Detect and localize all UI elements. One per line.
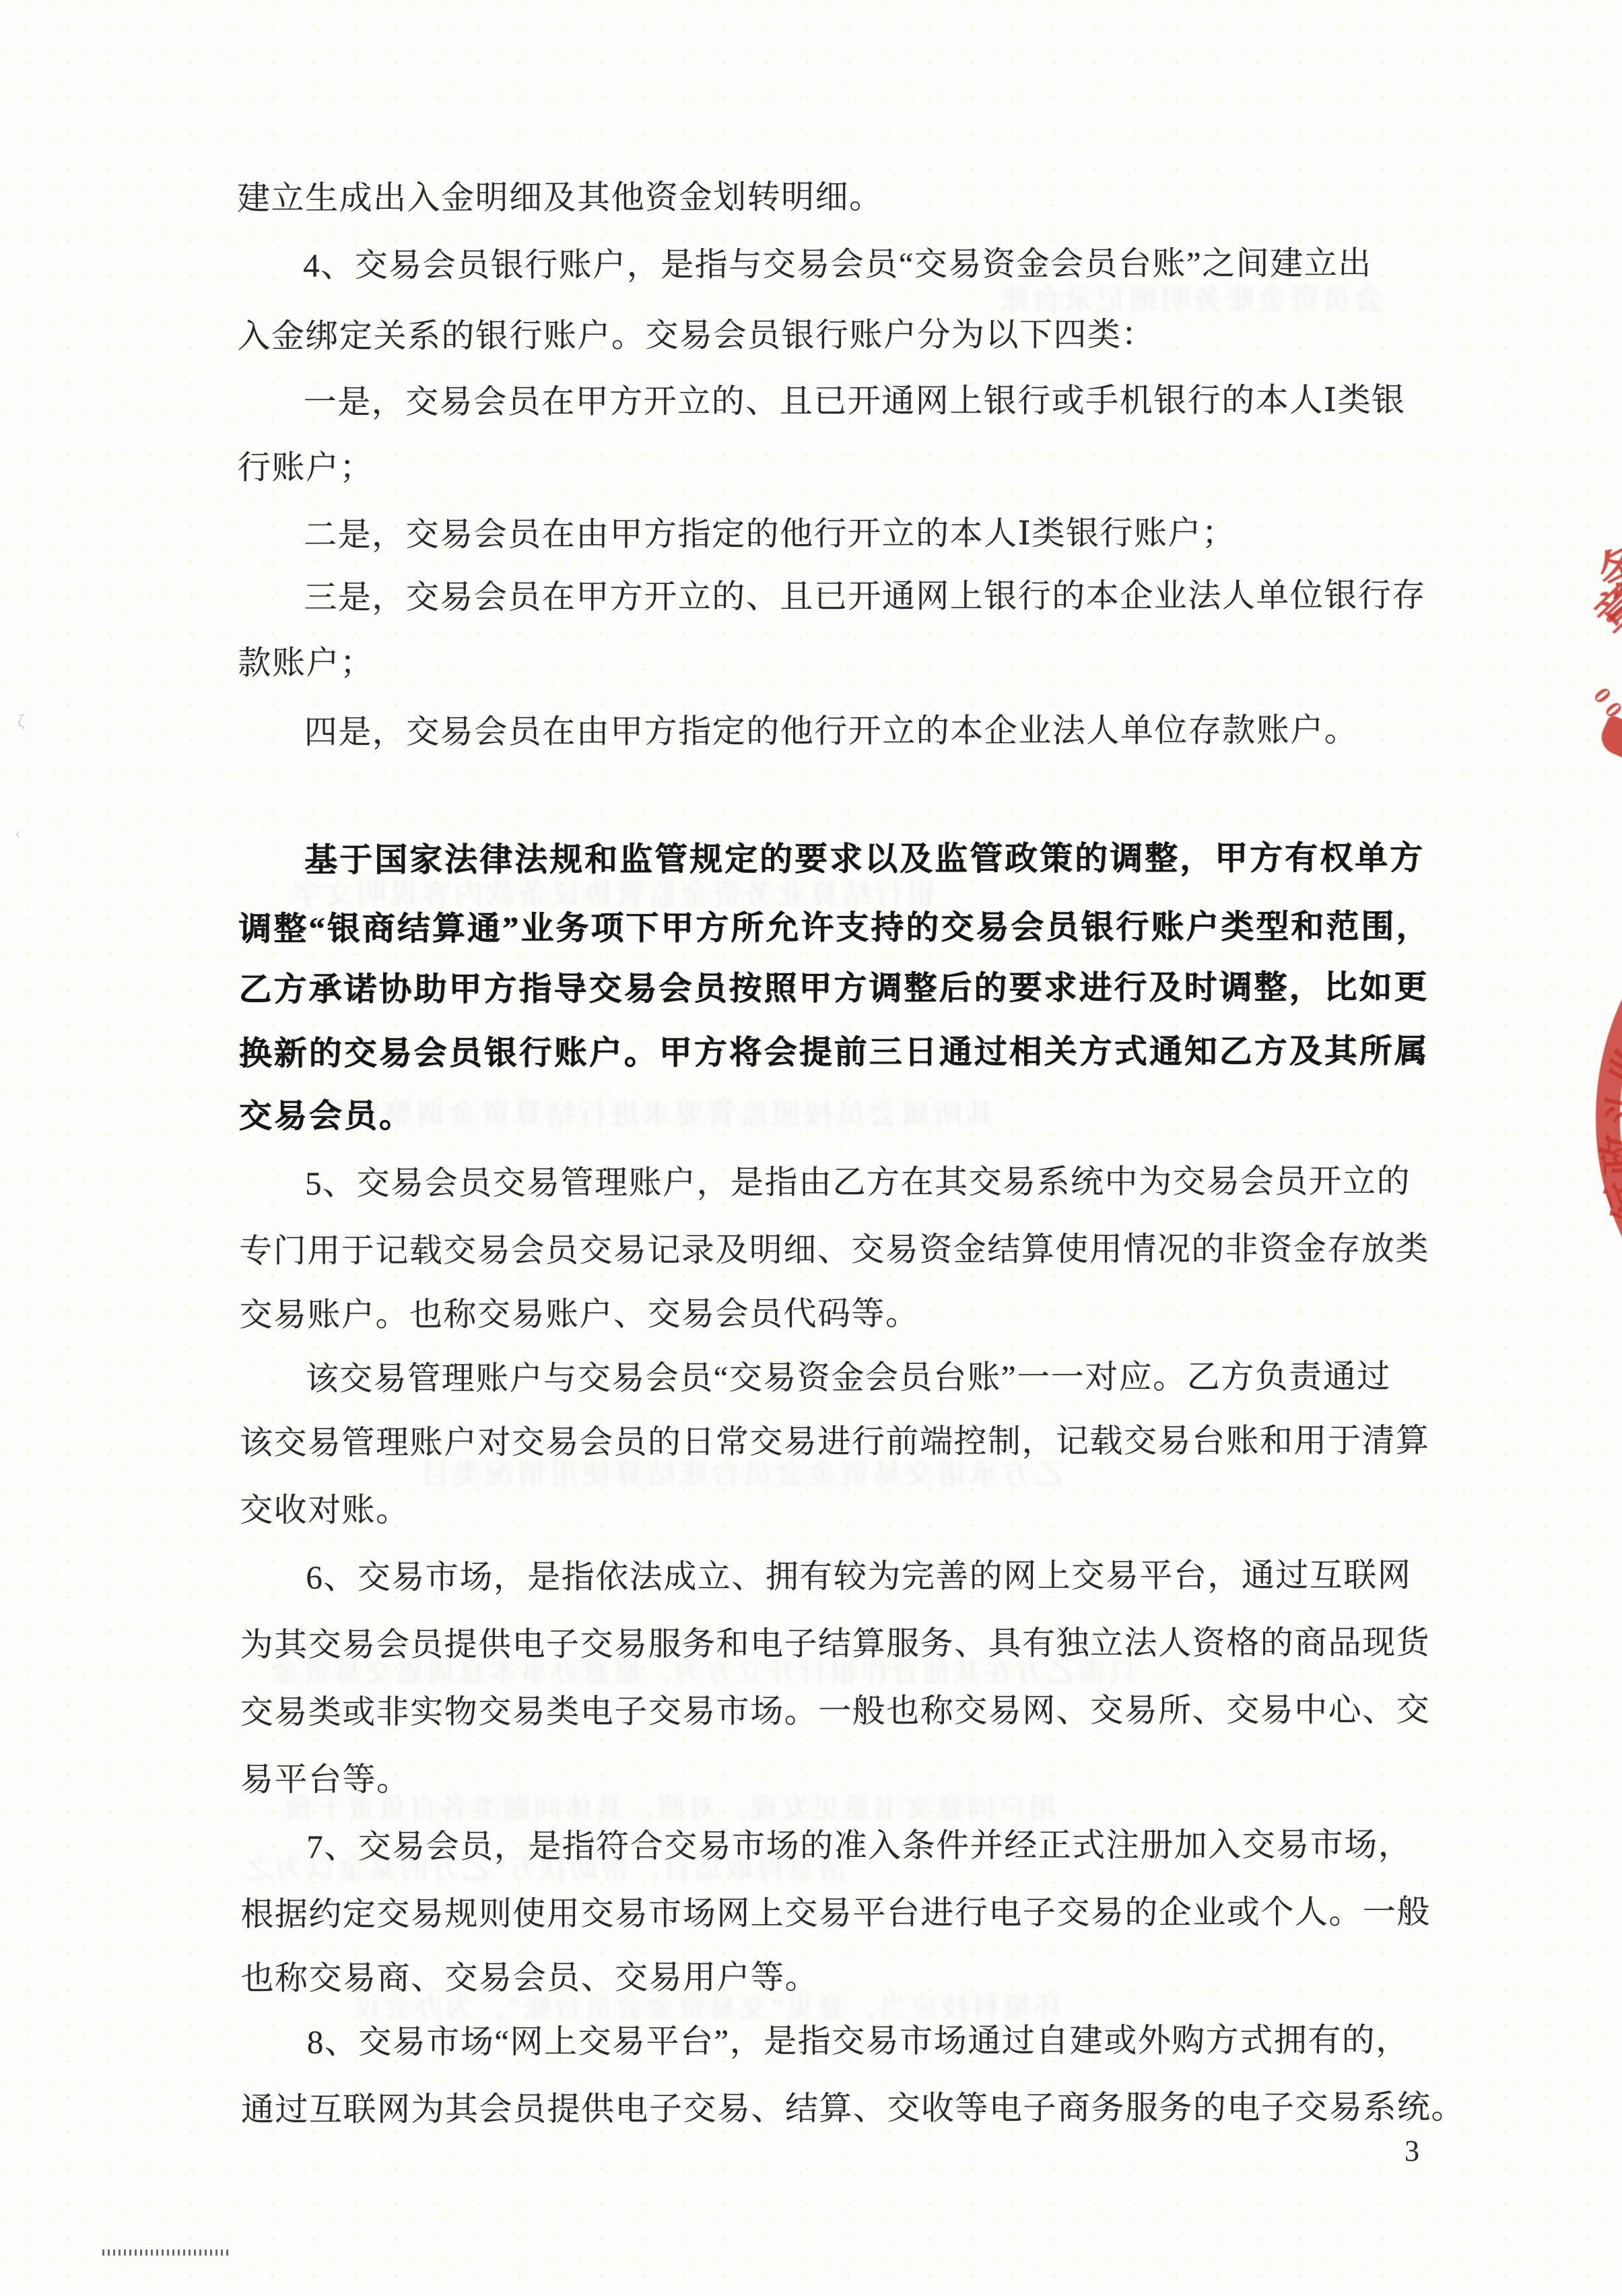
text-line-27: 也称交易商、交易会员、交易用户等。 xyxy=(240,1950,819,2006)
page-number: 3 xyxy=(1405,2134,1419,2168)
text-line-6: 二是，交易会员在由甲方指定的他行开立的本人Ⅰ类银行账户； xyxy=(304,506,1236,563)
text-line-28: 8、交易市场“网上交易平台”，是指交易市场通过自建或外购方式拥有的， xyxy=(307,2012,1410,2070)
text-line-22: 为其交易会员提供电子交易服务和电子结算服务、具有独立法人资格的商品现货 xyxy=(240,1615,1430,1673)
text-line-13: 换新的交易会员银行账户。甲方将会提前三日通过相关方式通知乙方及其所属 xyxy=(239,1024,1429,1082)
text-line-12: 乙方承诺协助甲方指导交易会员按照甲方调整后的要求进行及时调整，比如更 xyxy=(238,960,1429,1018)
text-line-7: 三是，交易会员在甲方开立的、且已开通网上银行的本企业法人单位银行存 xyxy=(304,568,1426,625)
text-line-2: 4、交易会员银行账户，是指与交易会员“交易资金会员台账”之间建立出 xyxy=(303,236,1372,293)
text-line-8: 款账户； xyxy=(238,635,374,690)
edge-mark-2: ‹ xyxy=(15,823,21,843)
edge-mark-1: ζ xyxy=(18,711,25,731)
text-line-15: 5、交易会员交易管理账户，是指由乙方在其交易系统中为交易会员开立的 xyxy=(305,1154,1411,1211)
stamp-char-6: 政 xyxy=(1585,1131,1622,1178)
text-line-24: 易平台等。 xyxy=(240,1752,411,1808)
text-line-14: 交易会员。 xyxy=(239,1088,414,1144)
text-line-3: 入金绑定关系的银行账户。交易会员银行账户分为以下四类： xyxy=(237,307,1155,364)
text-line-16: 专门用于记载交易会员交易记录及明细、交易资金结算使用情况的非资金存放类 xyxy=(239,1221,1429,1279)
text-line-10: 基于国家法律法规和监管规定的要求以及监管政策的调整，甲方有权单方 xyxy=(304,830,1425,888)
scanned-contract-page: 会员资金账务明细记录台账银行结算业务资金监管协议条款内容说明文字其所属会员按照监… xyxy=(0,0,1622,2296)
scan-artifact-dashes xyxy=(102,2250,229,2256)
document-text: 建立生成出入金明细及其他资金划转明细。4、交易会员银行账户，是指与交易会员“交易… xyxy=(0,0,1622,2296)
text-line-18: 该交易管理账户与交易会员“交易资金会员台账”一一对应。乙方负责通过 xyxy=(306,1349,1391,1406)
text-line-17: 交易账户。也称交易账户、交易会员代码等。 xyxy=(239,1286,919,1343)
text-line-9: 四是，交易会员在由甲方指定的他行开立的本企业法人单位存款账户。 xyxy=(304,702,1359,760)
text-line-11: 调整“银商结算通”业务项下甲方所允许支持的交易会员银行账户类型和范围， xyxy=(238,899,1431,957)
text-line-5: 行账户； xyxy=(238,440,374,495)
text-line-1: 建立生成出入金明细及其他资金划转明细。 xyxy=(237,170,883,226)
text-line-19: 该交易管理账户对交易会员的日常交易进行前端控制，记载交易台账和用于清算 xyxy=(240,1413,1430,1471)
text-line-25: 7、交易会员，是指符合交易市场的准入条件并经正式注册加入交易市场， xyxy=(306,1817,1412,1874)
text-line-4: 一是，交易会员在甲方开立的、且已开通网上银行或手机银行的本人Ⅰ类银 xyxy=(304,372,1406,430)
text-line-26: 根据约定交易规则使用交易市场网上交易平台进行电子交易的企业或个人。一般 xyxy=(240,1884,1431,1942)
text-line-23: 交易类或非实物交易类电子交易市场。一般也称交易网、交易所、交易中心、交 xyxy=(240,1682,1431,1740)
text-line-20: 交收对账。 xyxy=(240,1482,410,1538)
text-line-21: 6、交易市场，是指依法成立、拥有较为完善的网上交易平台，通过互联网 xyxy=(306,1548,1411,1605)
text-line-29: 通过互联网为其会员提供电子交易、结算、交收等电子商务服务的电子交易系统。 xyxy=(241,2080,1465,2138)
